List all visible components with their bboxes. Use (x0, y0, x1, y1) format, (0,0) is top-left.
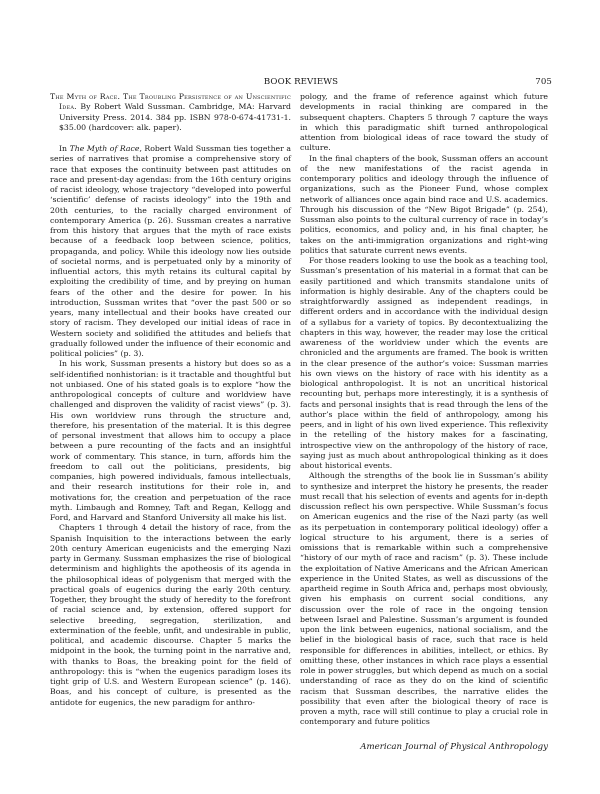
section-title: BOOK REVIEWS (50, 77, 552, 87)
book-title-italic: The Myth of Race (70, 144, 140, 153)
left-column: The Myth of Race. The Troubling Persiste… (50, 92, 291, 708)
review-paragraph: In the final chapters of the book, Sussm… (300, 154, 548, 257)
review-paragraph: pology, and the frame of reference again… (300, 92, 548, 154)
running-head: BOOK REVIEWS 705 (50, 77, 552, 89)
review-paragraph: In his work, Sussman presents a history … (50, 359, 291, 523)
journal-footer: American Journal of Physical Anthropolog… (360, 742, 548, 752)
review-paragraph: For those readers looking to use the boo… (300, 256, 548, 471)
review-paragraph: Chapters 1 through 4 detail the history … (50, 523, 291, 708)
review-paragraph: In The Myth of Race, Robert Wald Sussman… (50, 144, 291, 359)
book-citation: The Myth of Race. The Troubling Persiste… (50, 92, 291, 133)
paragraph-text: In (59, 144, 70, 153)
right-column: pology, and the frame of reference again… (300, 92, 548, 728)
page-number: 705 (535, 77, 552, 87)
book-details: By Robert Wald Sussman. Cambridge, MA: H… (59, 102, 291, 132)
paragraph-text: , Robert Wald Sussman ties together a se… (50, 144, 291, 358)
review-paragraph: Although the strengths of the book lie i… (300, 471, 548, 727)
